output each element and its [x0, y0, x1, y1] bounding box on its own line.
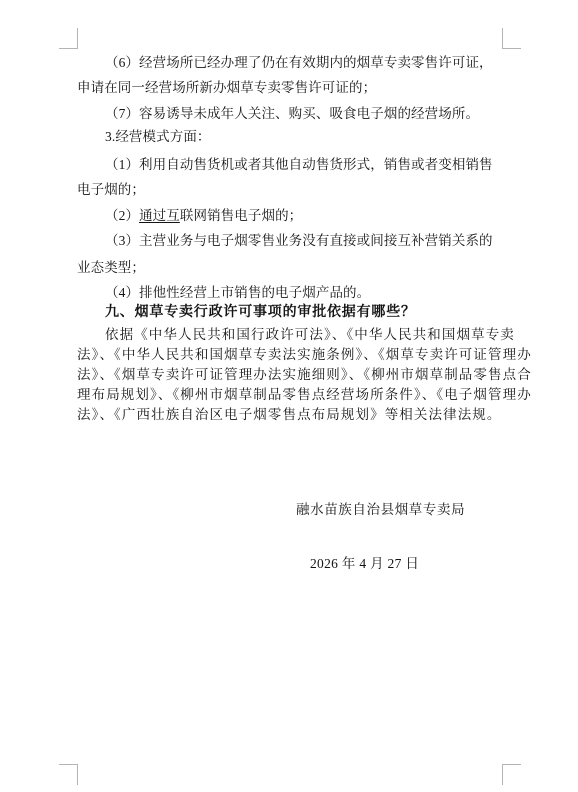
crop-mark-bottom-right-icon: [502, 764, 521, 785]
text-line-item3: （3）主营业务与电子烟零售业务没有直接或间接互补营销关系的: [77, 233, 545, 249]
text-line-item2: （2）通过互联网销售电子烟的；: [77, 208, 545, 224]
section-heading: 九、烟草专卖行政许可事项的审批依据有哪些？: [77, 305, 545, 321]
text-line-item6: （6）经营场所已经办理了仍在有效期内的烟草专卖零售许可证，: [77, 55, 545, 71]
crop-mark-top-left-icon: [59, 28, 78, 49]
law-citation-line: 法》、《中华人民共和国烟草专卖法实施条例》、《烟草专卖许可证管理办: [77, 347, 517, 363]
law-citation-line: 法》、《广西壮族自治区电子烟零售点布局规划》等相关法律法规。: [77, 407, 517, 423]
text-line-item6-cont: 申请在同一经营场所新办烟草专卖零售许可证的；: [77, 80, 517, 96]
text-line-item1-cont: 电子烟的；: [77, 182, 517, 198]
document-page: （6）经营场所已经办理了仍在有效期内的烟草专卖零售许可证， 申请在同一经营场所新…: [0, 0, 578, 792]
text-segment: 联网销售电子烟的；: [180, 208, 302, 223]
crop-mark-bottom-left-icon: [59, 764, 78, 785]
law-citation-line: 法》、《烟草专卖许可证管理办法实施细则》、《柳州市烟草制品零售点合: [77, 367, 517, 383]
law-citation-line: 理布局规划》、《柳州市烟草制品零售点经营场所条件》、《电子烟管理办: [77, 387, 517, 403]
text-line-item3-cont: 业态类型；: [77, 260, 517, 276]
law-citation-line: 依据《中华人民共和国行政许可法》、《中华人民共和国烟草专卖: [77, 327, 545, 343]
text-line-item4: （4）排他性经营上市销售的电子烟产品的。: [77, 285, 545, 301]
text-line-item7: （7）容易诱导未成年人关注、购买、吸食电子烟的经营场所。: [77, 106, 545, 122]
issuing-authority-signature: 融水苗族自治县烟草专卖局: [296, 498, 465, 518]
text-segment: （2）: [105, 208, 139, 223]
text-line-item1: （1）利用自动售货机或者其他自动售货形式，销售或者变相销售: [77, 157, 545, 173]
underlined-text: 通过互: [139, 208, 180, 223]
crop-mark-top-right-icon: [502, 28, 521, 49]
document-date: 2026 年 4 月 27 日: [310, 552, 419, 572]
text-line-section3: 3.经营模式方面：: [77, 129, 545, 145]
